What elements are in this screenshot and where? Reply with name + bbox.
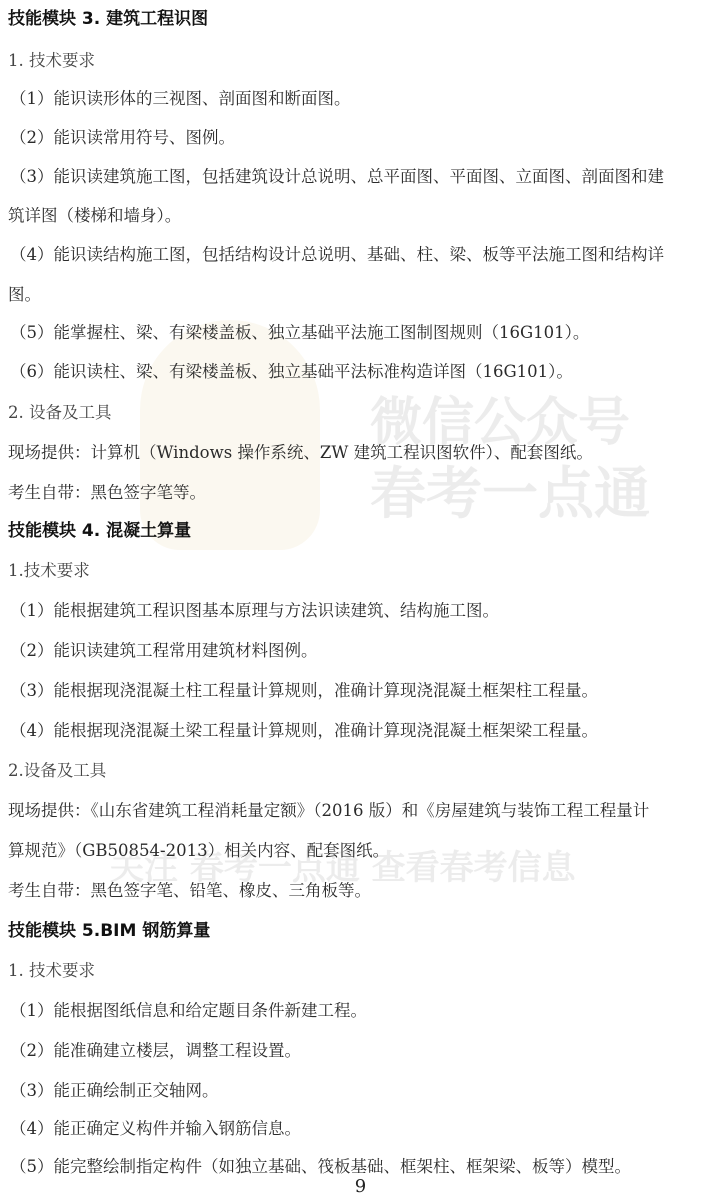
module5-item-5: （5）能完整绘制指定构件（如独立基础、筏板基础、框架柱、框架梁、板等）模型。 bbox=[10, 1156, 631, 1178]
module4-item-3: （3）能根据现浇混凝土柱工程量计算规则，准确计算现浇混凝土框架柱工程量。 bbox=[10, 680, 598, 702]
module4-bring: 考生自带：黑色签字笔、铅笔、橡皮、三角板等。 bbox=[8, 880, 371, 902]
module3-item-4: （4）能识读结构施工图，包括结构设计总说明、基础、柱、梁、板等平法施工图和结构详 bbox=[10, 244, 664, 266]
module3-item-4-cont: 图。 bbox=[8, 284, 41, 306]
module3-equip-heading: 2. 设备及工具 bbox=[8, 402, 112, 424]
module3-item-2: （2）能识读常用符号、图例。 bbox=[10, 127, 235, 149]
module3-item-3: （3）能识读建筑施工图，包括建筑设计总说明、总平面图、平面图、立面图、剖面图和建 bbox=[10, 166, 664, 188]
module4-item-2: （2）能识读建筑工程常用建筑材料图例。 bbox=[10, 640, 318, 662]
module3-item-1: （1）能识读形体的三视图、剖面图和断面图。 bbox=[10, 88, 351, 110]
mascot-watermark bbox=[140, 320, 320, 550]
module3-title: 技能模块 3. 建筑工程识图 bbox=[8, 8, 208, 30]
module3-provided: 现场提供：计算机（Windows 操作系统、ZW 建筑工程识图软件）、配套图纸。 bbox=[8, 442, 593, 464]
page-number: 9 bbox=[0, 1176, 721, 1197]
module5-item-3: （3）能正确绘制正交轴网。 bbox=[10, 1080, 219, 1102]
module4-equip-heading: 2.设备及工具 bbox=[8, 760, 106, 782]
module3-req-heading: 1. 技术要求 bbox=[8, 50, 95, 72]
module3-item-6: （6）能识读柱、梁、有梁楼盖板、独立基础平法标准构造详图（16G101）。 bbox=[10, 361, 573, 383]
module4-item-1: （1）能根据建筑工程识图基本原理与方法识读建筑、结构施工图。 bbox=[10, 600, 499, 622]
module4-provided-1: 现场提供：《山东省建筑工程消耗量定额》（2016 版）和《房屋建筑与装饰工程工程… bbox=[8, 800, 649, 822]
module4-item-4: （4）能根据现浇混凝土梁工程量计算规则，准确计算现浇混凝土框架梁工程量。 bbox=[10, 720, 598, 742]
module4-req-heading: 1.技术要求 bbox=[8, 560, 90, 582]
module4-title: 技能模块 4. 混凝土算量 bbox=[8, 520, 191, 542]
module5-title: 技能模块 5.BIM 钢筋算量 bbox=[8, 920, 210, 942]
module3-item-3-cont: 筑详图（楼梯和墙身）。 bbox=[8, 205, 181, 227]
module5-item-1: （1）能根据图纸信息和给定题目条件新建工程。 bbox=[10, 1000, 367, 1022]
module3-bring: 考生自带：黑色签字笔等。 bbox=[8, 482, 206, 504]
module5-item-4: （4）能正确定义构件并输入钢筋信息。 bbox=[10, 1118, 301, 1140]
module3-item-5: （5）能掌握柱、梁、有梁楼盖板、独立基础平法施工图制图规则（16G101）。 bbox=[10, 322, 589, 344]
module5-item-2: （2）能准确建立楼层，调整工程设置。 bbox=[10, 1040, 301, 1062]
module5-req-heading: 1. 技术要求 bbox=[8, 960, 95, 982]
module4-provided-2: 算规范》（GB50854-2013）相关内容、配套图纸。 bbox=[8, 840, 389, 862]
